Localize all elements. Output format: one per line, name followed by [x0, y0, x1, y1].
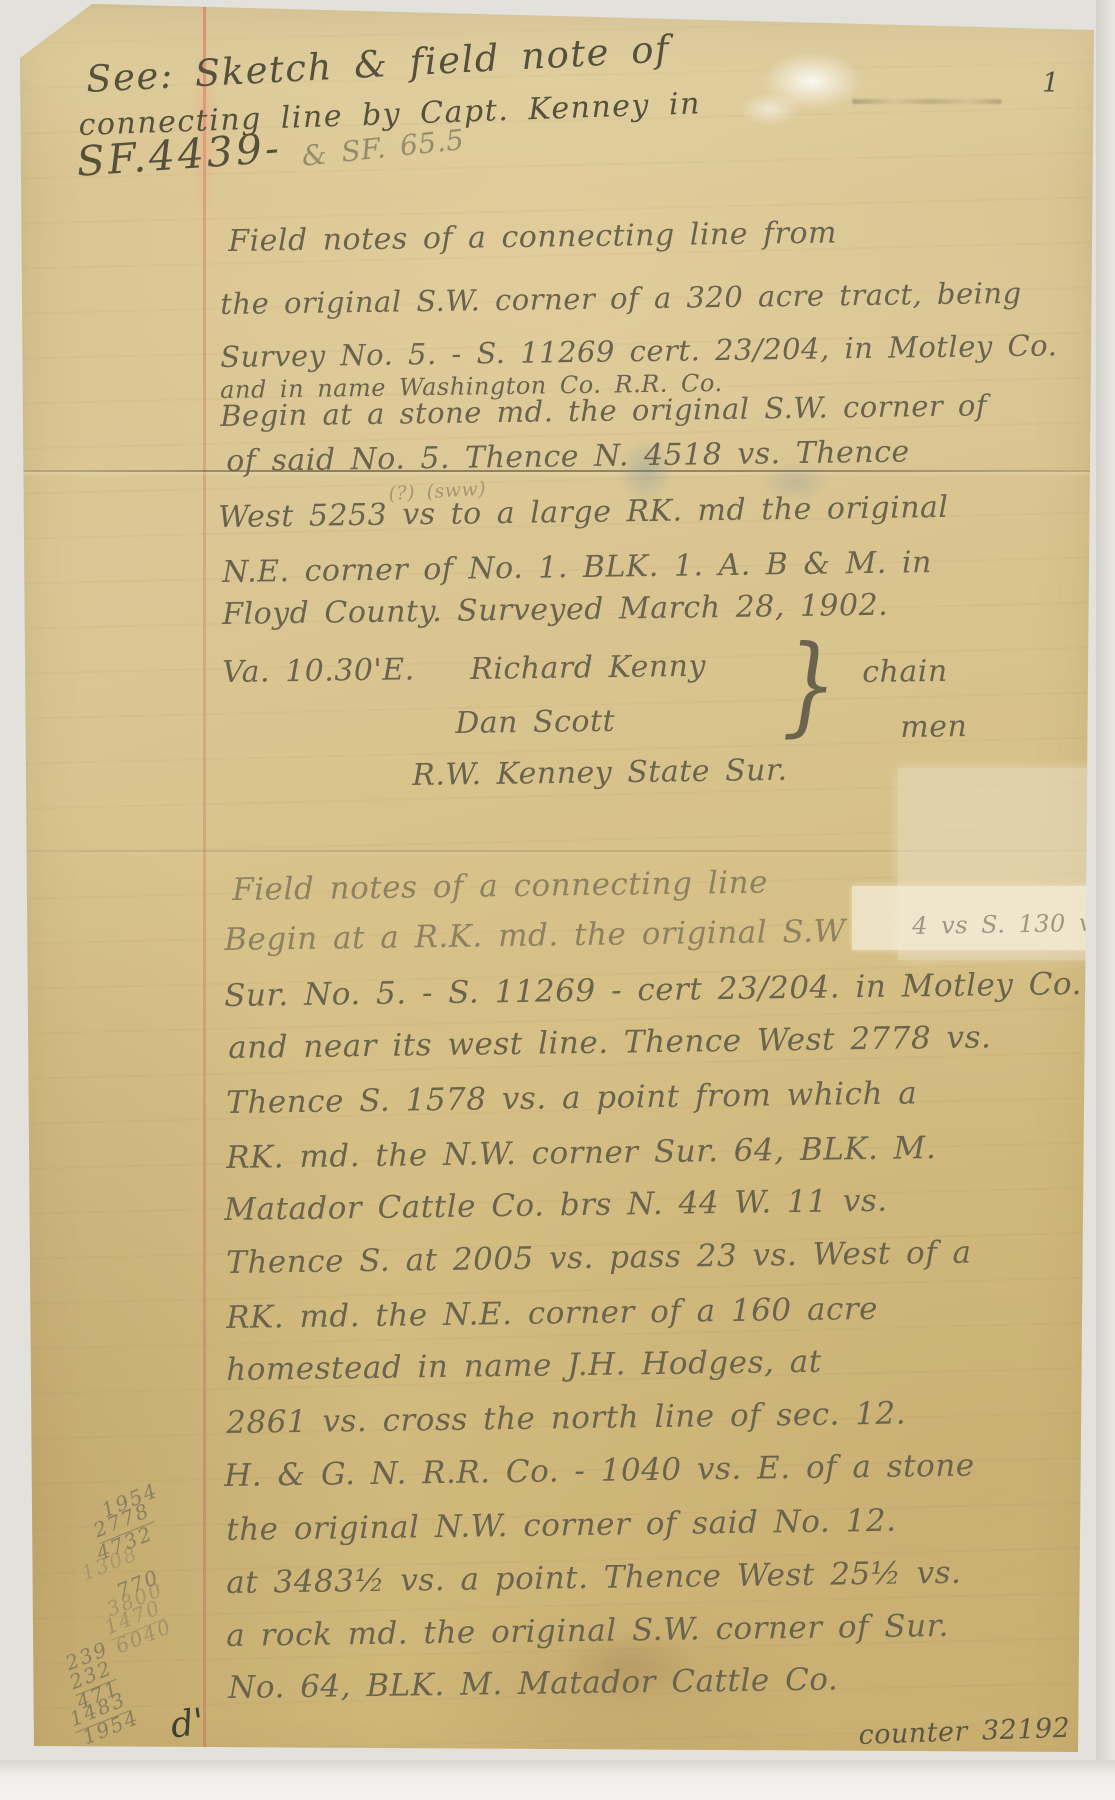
note1-line: Va. 10.30'E.	[222, 652, 415, 690]
surveyor-signature: R.W. Kenney State Sur.	[412, 753, 788, 793]
scanned-document-page: 1 See: Sketch & field note of connecting…	[0, 0, 1115, 1800]
patch-annotation: 4 vs S. 130 vs	[912, 909, 1106, 940]
scanner-bed-bottom	[0, 1760, 1115, 1800]
scanner-bed-right	[1096, 0, 1115, 1800]
note2-line: Field notes of a connecting line	[232, 865, 768, 908]
paper-sheet: 1 See: Sketch & field note of connecting…	[0, 0, 1115, 1800]
chainman-name-2: Dan Scott	[455, 704, 615, 741]
page-number: 1	[1042, 68, 1059, 99]
white-stain-small	[740, 92, 800, 126]
bottom-left-ink-mark: d'	[168, 1701, 207, 1746]
crew-role-chain: chain	[862, 654, 948, 690]
red-margin-line	[203, 0, 206, 1800]
pencil-smear	[852, 99, 1002, 104]
crew-role-men: men	[900, 709, 968, 745]
crew-brace: }	[782, 632, 837, 740]
chainman-name-1: Richard Kenny	[470, 649, 706, 687]
